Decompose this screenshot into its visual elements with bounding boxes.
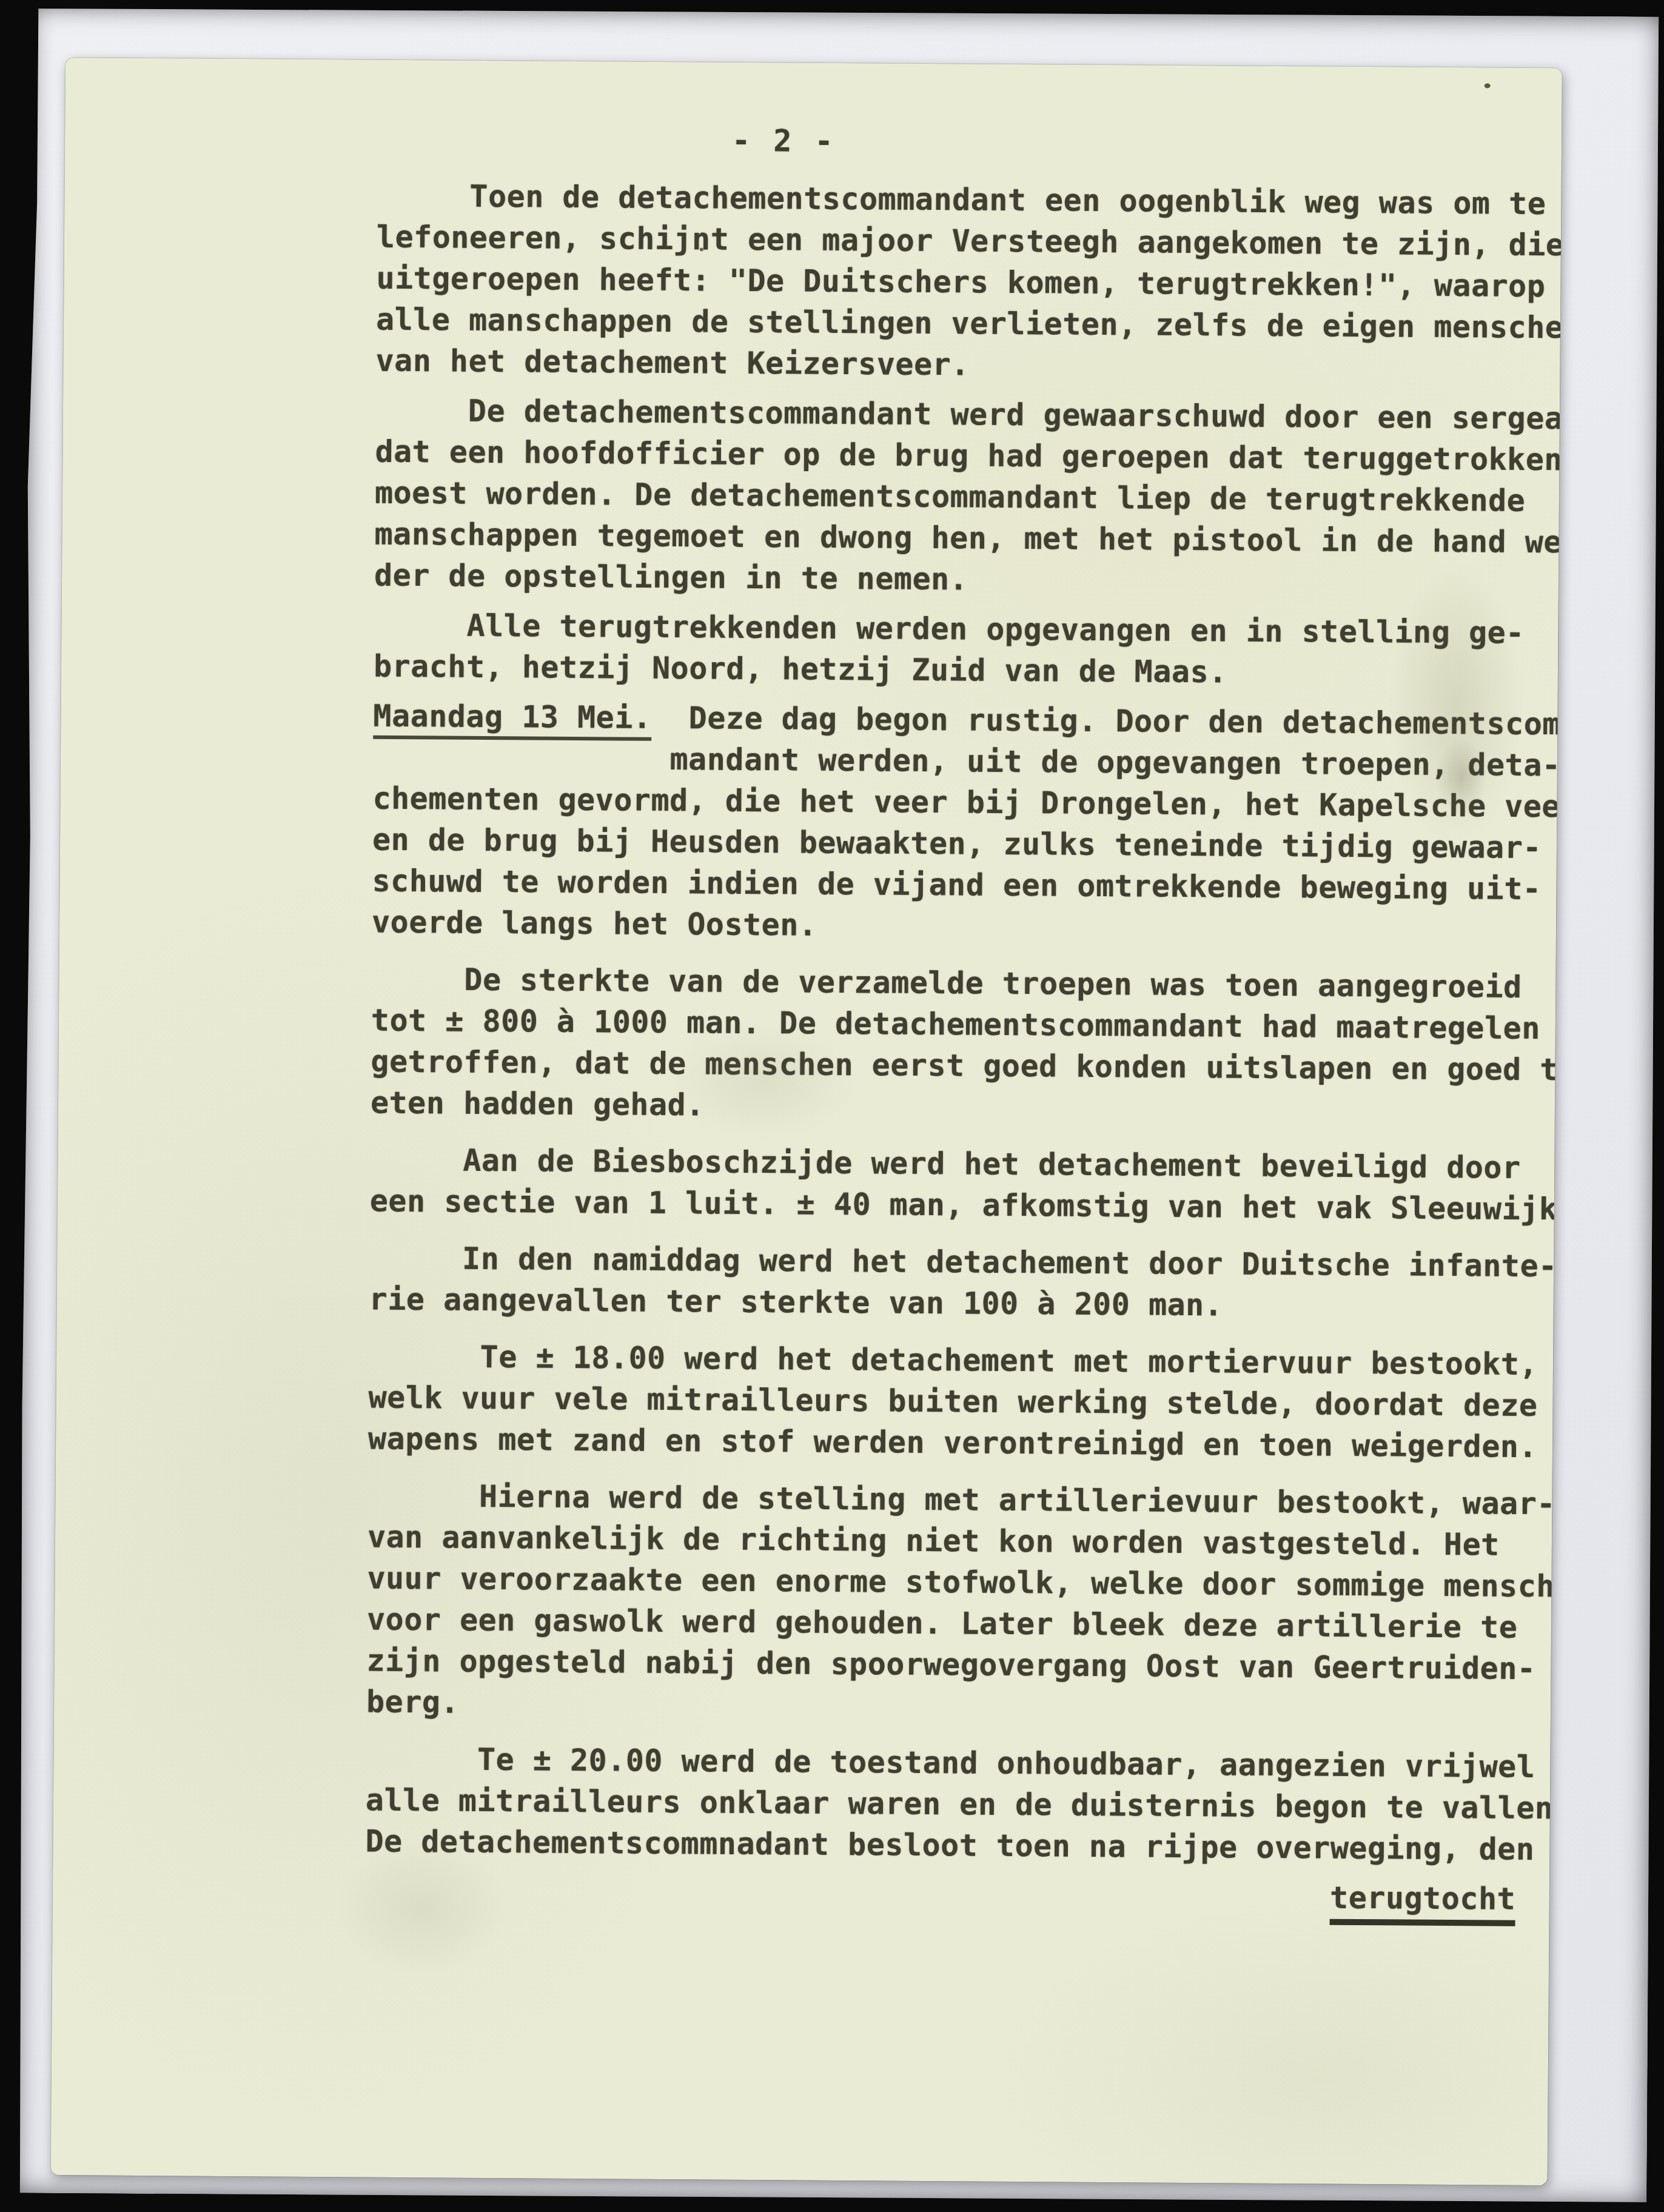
paragraph: Te ± 18.00 werd het detachement met mort… [368,1336,1562,1469]
typed-line: berg. [366,1681,1562,1732]
underlined-text: terugtocht [1330,1880,1516,1926]
typed-text [365,1874,1330,1915]
typed-line: wapens met zand en stof werden verontrei… [368,1418,1562,1469]
typed-text-block: Toen de detachementscommandant een oogen… [365,175,1562,1921]
paragraph: Alle terugtrekkenden werden opgevangen e… [374,605,1562,696]
typed-line: bracht, hetzij Noord, hetzij Zuid van de… [374,646,1562,696]
scan-background: { "page": { "number_label": "- 2 -" }, "… [0,0,1664,2212]
paragraph: Hierna werd de stelling met artillerievu… [366,1475,1562,1732]
typed-line: eten hadden gehad. [371,1082,1562,1133]
paragraph: Maandag 13 Mei. Deze dag begon rustig. D… [372,695,1562,952]
typed-line: een sectie van 1 luit. ± 40 man, afkomst… [370,1181,1562,1231]
page-number: - 2 - [732,123,836,159]
paragraph: Aan de Biesboschzijde werd het detacheme… [370,1139,1562,1231]
paragraph: Te ± 20.00 werd de toestand onhoudbaar, … [365,1738,1562,1871]
typed-text: Deze dag begon rustig. Door den detachem… [651,700,1562,742]
typed-line: voerde langs het Oosten. [372,902,1562,952]
typed-line: terugtocht [365,1871,1562,1921]
document-page: - 2 - Toen de detachementscommandant een… [51,58,1562,2185]
typed-line: der de opstellingen in te nemen. [374,555,1562,605]
paragraph: terugtocht [365,1871,1562,1921]
ink-speck [700,247,703,251]
typed-line: rie aangevallen ter sterkte van 100 à 20… [369,1279,1562,1329]
paragraph: Toen de detachementscommandant een oogen… [375,175,1562,390]
paragraph: In den namiddag werd het detachement doo… [369,1238,1562,1329]
photo-mat: onjuiste voorstelling van zaken bij onde… [14,5,1662,2205]
paragraph: De sterkte van de verzamelde troepen was… [371,959,1562,1133]
typed-line: van het detachement Keizersveer. [375,340,1562,390]
typed-line: De detachementscommnadant besloot toen n… [365,1821,1562,1871]
ink-speck [1485,83,1491,88]
underlined-text: Maandag 13 Mei. [373,699,652,741]
paragraph: De detachementscommandant werd gewaarsch… [374,390,1562,605]
